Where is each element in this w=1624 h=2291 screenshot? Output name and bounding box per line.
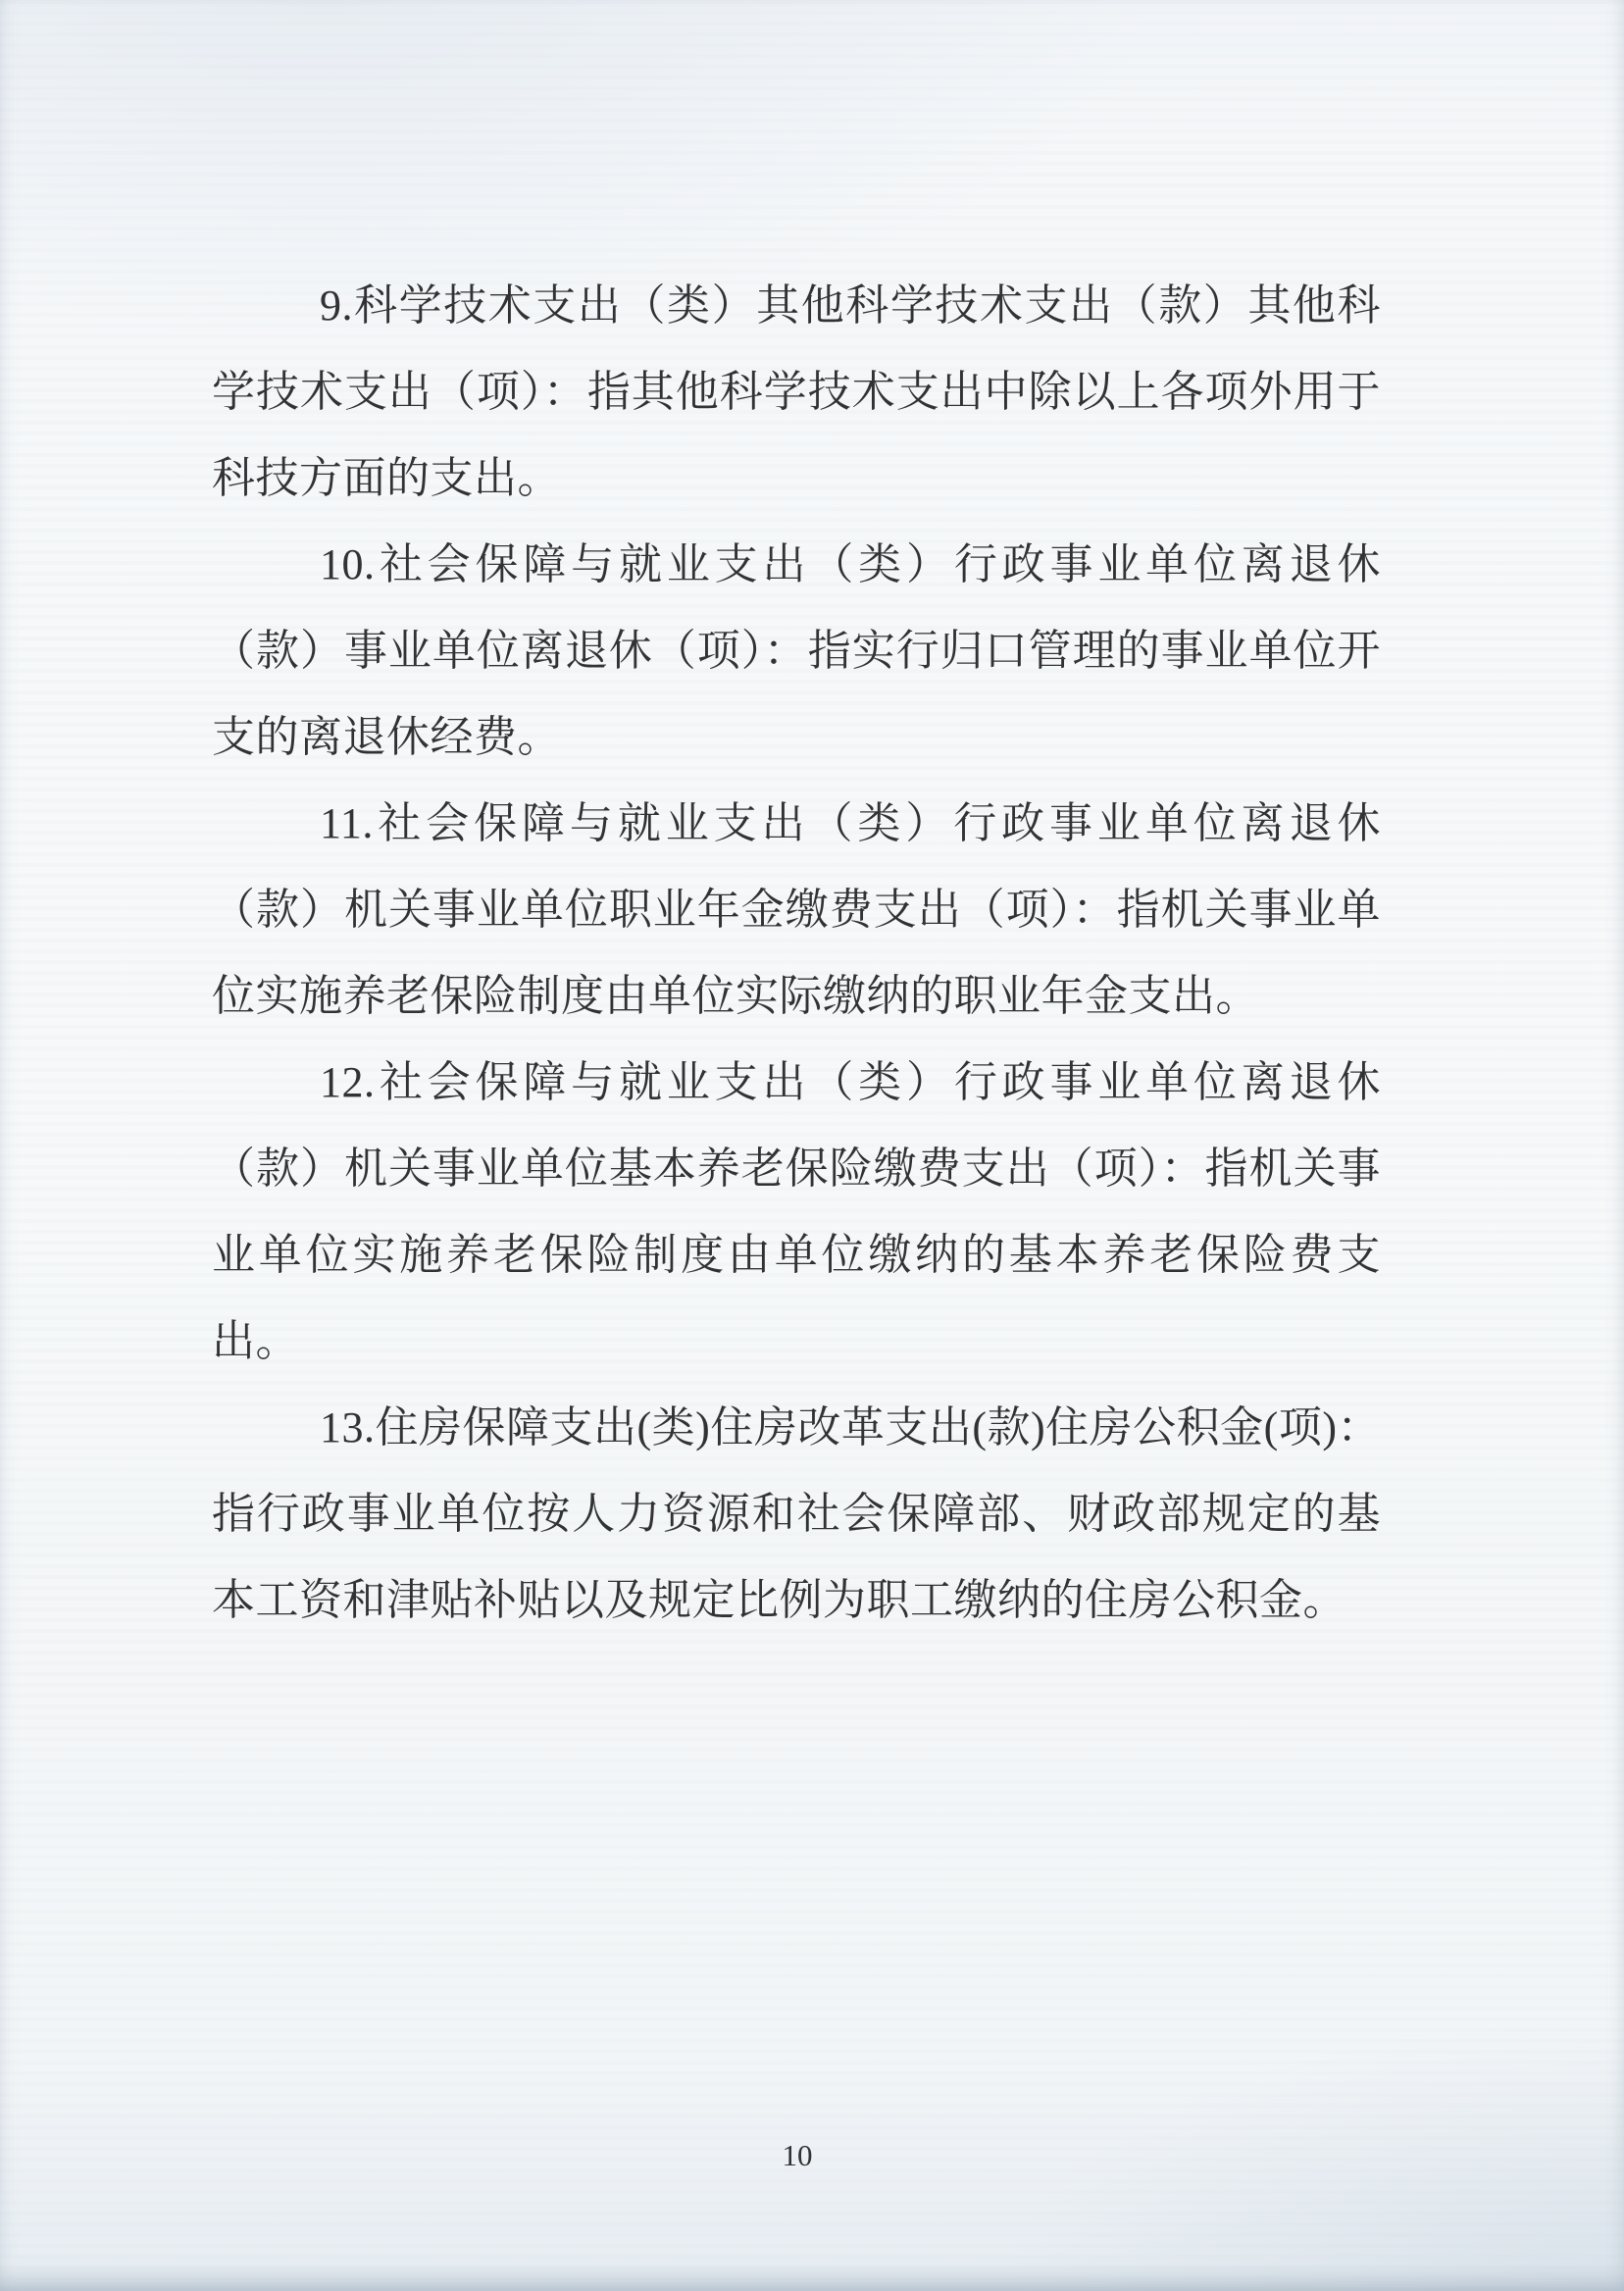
paragraph-item-12: 12.社会保障与就业支出（类）行政事业单位离退休（款）机关事业单位基本养老保险缴… [212, 1040, 1381, 1385]
paragraph-item-9: 9.科学技术支出（类）其他科学技术支出（款）其他科学技术支出（项）：指其他科学技… [212, 263, 1381, 522]
paragraph-item-13: 13.住房保障支出(类)住房改革支出(款)住房公积金(项)：指行政事业单位按人力… [212, 1385, 1381, 1644]
document-body: 9.科学技术支出（类）其他科学技术支出（款）其他科学技术支出（项）：指其他科学技… [212, 263, 1381, 1644]
paragraph-item-10: 10.社会保障与就业支出（类）行政事业单位离退休（款）事业单位离退休（项）：指实… [212, 522, 1381, 781]
scanned-document-page: 9.科学技术支出（类）其他科学技术支出（款）其他科学技术支出（项）：指其他科学技… [0, 0, 1624, 2291]
paragraph-item-11: 11.社会保障与就业支出（类）行政事业单位离退休（款）机关事业单位职业年金缴费支… [212, 781, 1381, 1040]
page-number: 10 [0, 2136, 1624, 2175]
